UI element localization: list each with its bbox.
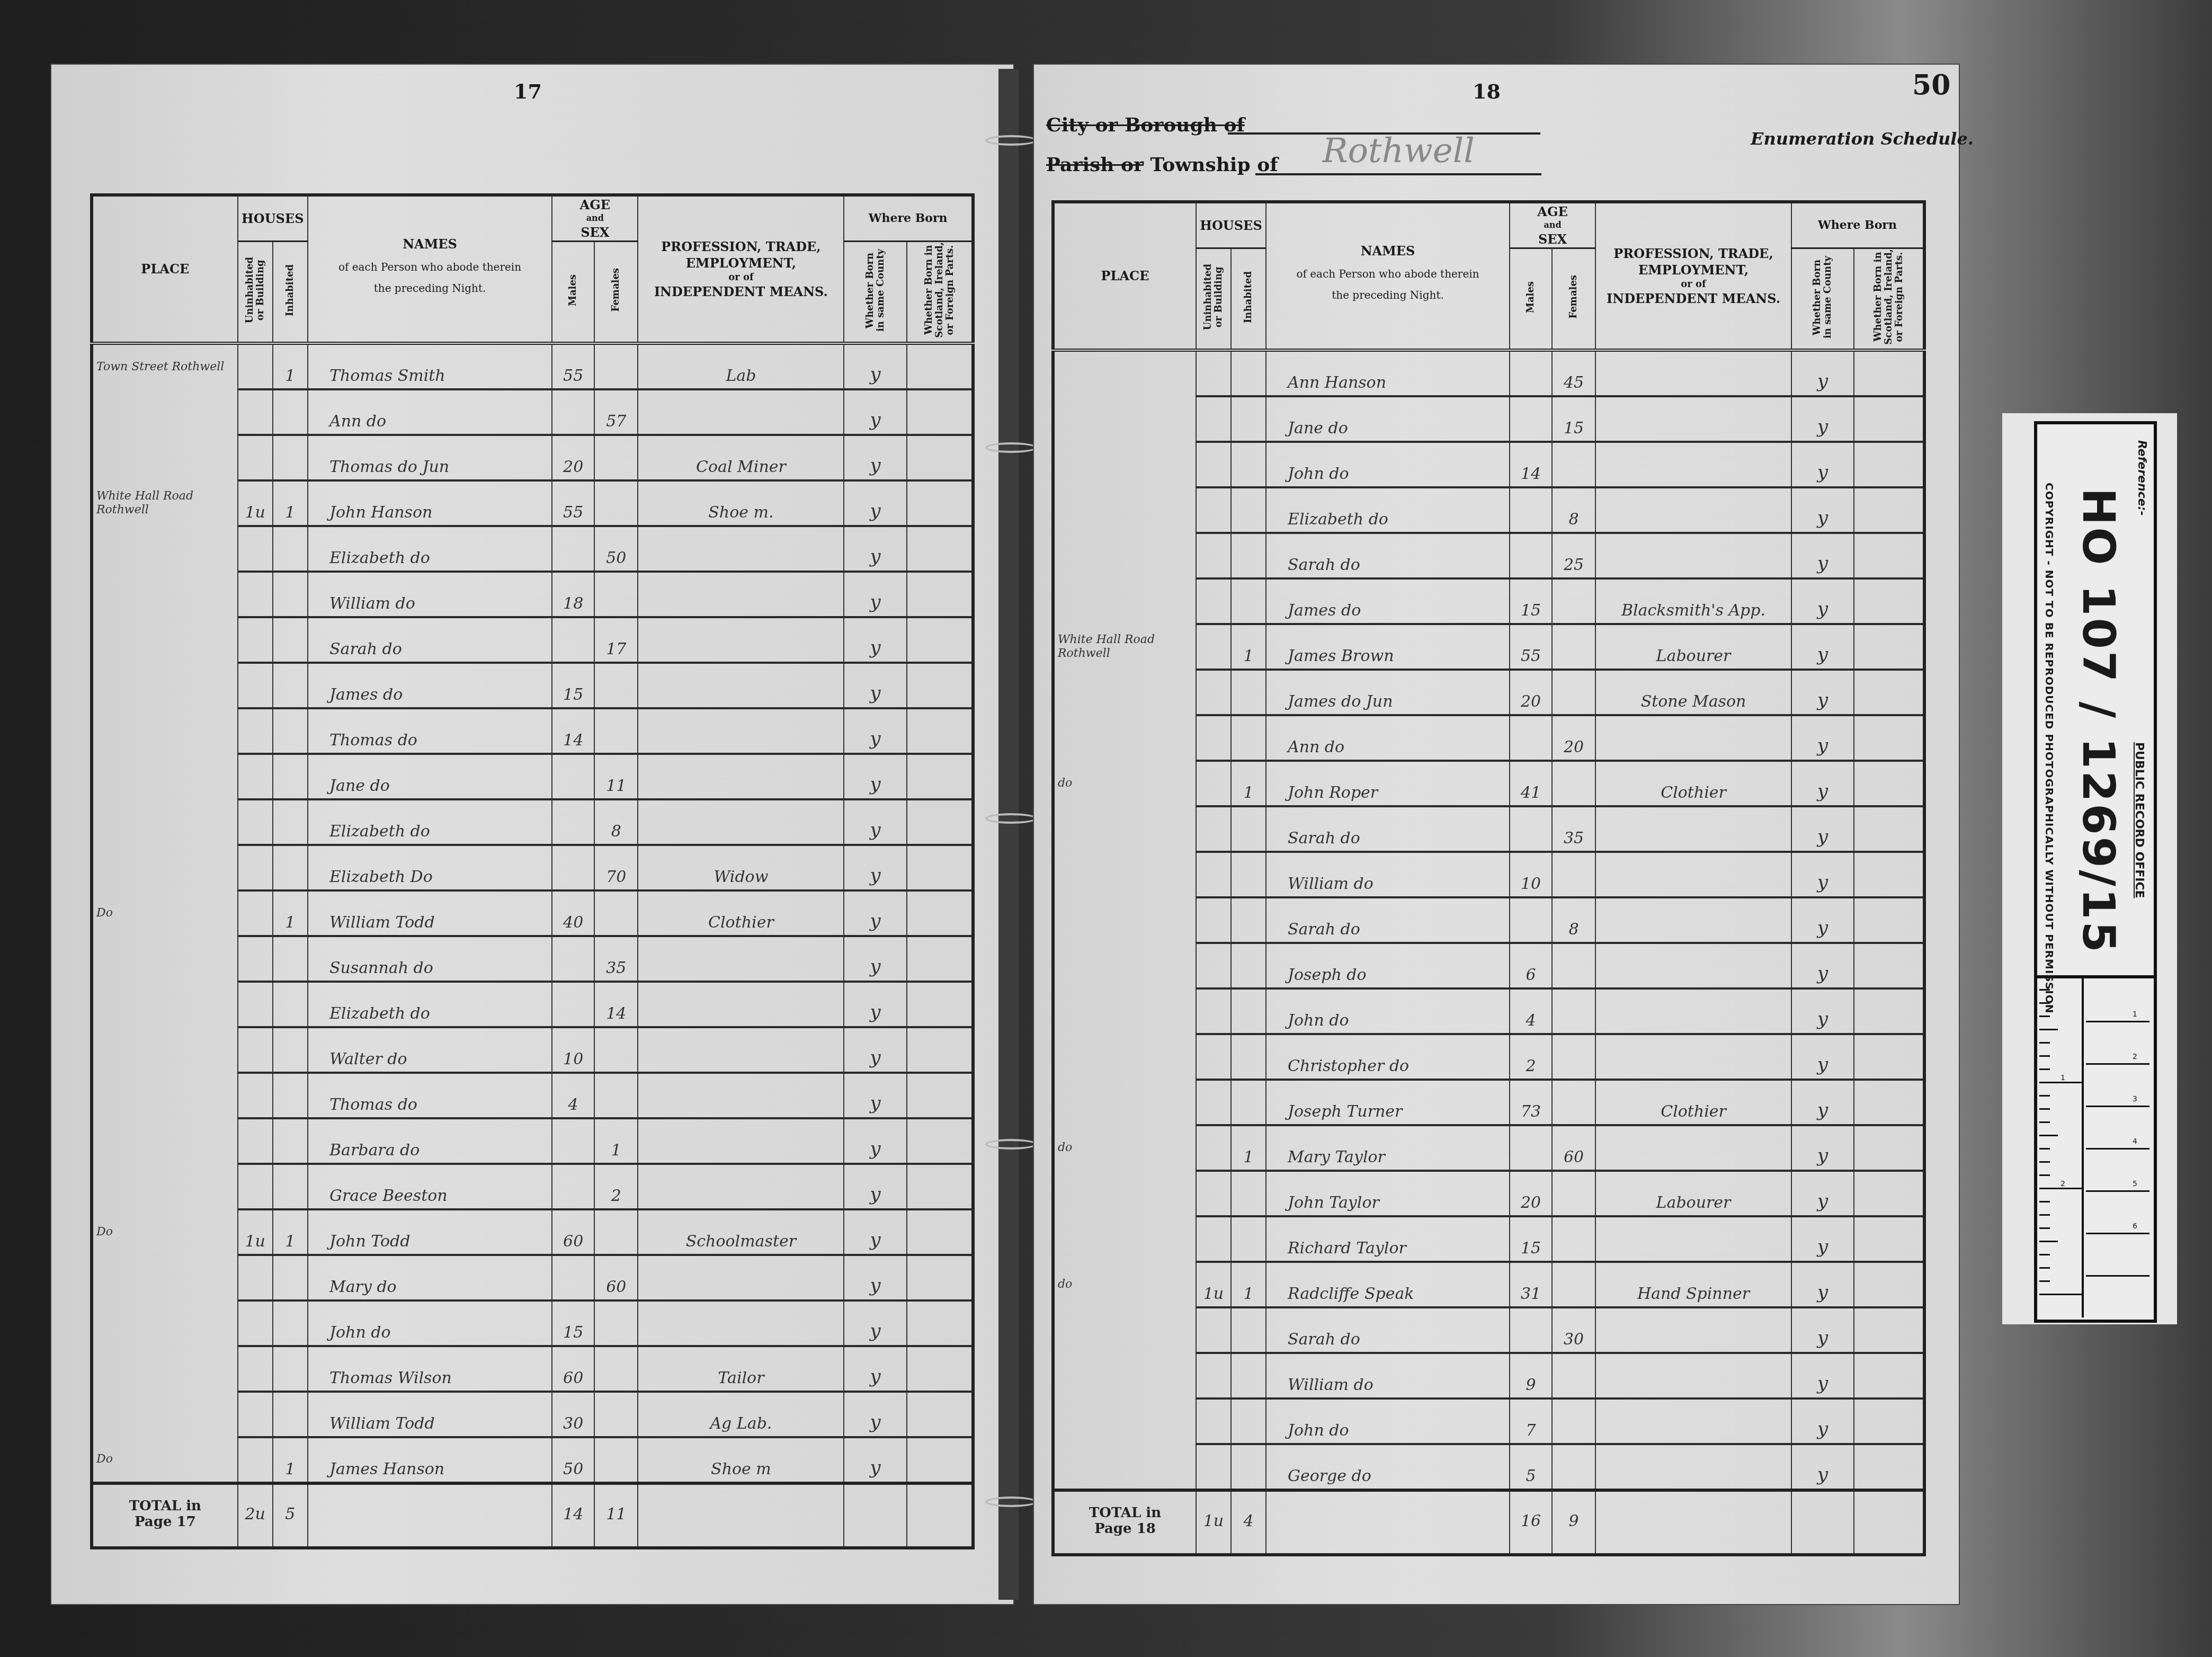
inhabited-cell (273, 754, 308, 799)
born-same-county-cell: y (1791, 1216, 1854, 1262)
place-cell (1053, 1444, 1196, 1490)
header-profession-1: PROFESSION, TRADE, (1596, 245, 1791, 262)
occupation-cell: Labourer (1595, 624, 1791, 670)
table-row: Mary do60y (92, 1255, 973, 1300)
place-cell (1053, 943, 1196, 988)
header-uninhabited: Uninhabited or Building (238, 242, 273, 343)
born-same-county-cell: y (1791, 1034, 1854, 1080)
female-age-cell (1552, 1398, 1595, 1444)
occupation-cell: Ag Lab. (638, 1392, 844, 1437)
female-age-cell: 11 (594, 754, 638, 799)
born-same-county-cell: y (844, 1118, 906, 1164)
place-cell (1053, 1353, 1196, 1398)
header-names-sub2: the preceding Night. (308, 281, 551, 295)
inhabited-cell (273, 1118, 308, 1164)
born-elsewhere-cell (1854, 624, 1924, 670)
female-age-cell (594, 1437, 638, 1483)
header-where-born: Where Born (1791, 202, 1924, 248)
occupation-cell (638, 526, 844, 572)
table-row: White Hall Road Rothwell1u1John Hanson55… (92, 480, 973, 526)
header-names: NAMES of each Person who abode therein t… (1266, 202, 1510, 350)
inhabited-cell (1231, 1444, 1266, 1490)
uninhabited-cell (238, 799, 273, 845)
uninhabited-cell (1196, 761, 1231, 806)
inhabited-cell (273, 1164, 308, 1209)
header-names-sub1: of each Person who abode therein (308, 260, 551, 274)
uninhabited-cell (238, 617, 273, 663)
uninhabited-cell: 1u (1196, 1262, 1231, 1307)
born-same-county-cell: y (1791, 715, 1854, 761)
occupation-cell: Shoe m (638, 1437, 844, 1483)
scale-inch-label: 2 (2061, 1180, 2065, 1188)
born-same-county-cell: y (844, 1073, 906, 1118)
name-cell: Elizabeth Do (308, 845, 552, 890)
name-cell: John do (1266, 1398, 1510, 1444)
female-age-cell: 17 (594, 617, 638, 663)
male-age-cell (1510, 897, 1552, 943)
uninhabited-cell (1196, 806, 1231, 852)
born-same-county-cell: y (1791, 1398, 1854, 1444)
born-elsewhere-cell (907, 617, 973, 663)
female-age-cell (594, 572, 638, 617)
occupation-cell (1595, 1444, 1791, 1490)
place-cell (1053, 1216, 1196, 1262)
city-borough-label: City or Borough of (1046, 114, 1245, 136)
header-place: PLACE (1053, 202, 1196, 350)
occupation-cell: Lab (638, 343, 844, 389)
female-age-cell (594, 1392, 638, 1437)
table-row: John do15y (92, 1300, 973, 1346)
born-same-county-cell: y (1791, 578, 1854, 624)
name-cell: Jane do (1266, 396, 1510, 442)
name-cell: Elizabeth do (308, 526, 552, 572)
uninhabited-cell (1196, 897, 1231, 943)
name-cell: Richard Taylor (1266, 1216, 1510, 1262)
male-age-cell (552, 1164, 594, 1209)
place-cell (1053, 350, 1196, 396)
uninhabited-cell (238, 1392, 273, 1437)
table-row: Barbara do1y (92, 1118, 973, 1164)
place-cell (1053, 1307, 1196, 1353)
male-age-cell (552, 1118, 594, 1164)
male-age-cell (552, 1255, 594, 1300)
inhabited-cell: 1 (1231, 1262, 1266, 1307)
header-houses: HOUSES (1196, 202, 1266, 248)
name-cell: Mary do (308, 1255, 552, 1300)
born-same-county-cell: y (1791, 852, 1854, 897)
table-row: Elizabeth do50y (92, 526, 973, 572)
table-row: Sarah do35y (1053, 806, 1924, 852)
born-elsewhere-cell (907, 1118, 973, 1164)
inhabited-cell (1231, 396, 1266, 442)
place-cell (92, 435, 238, 480)
born-elsewhere-cell (1854, 1125, 1924, 1171)
female-age-cell: 57 (594, 389, 638, 435)
female-age-cell (594, 480, 638, 526)
born-same-county-cell: y (844, 708, 906, 754)
uninhabited-cell (1196, 1444, 1231, 1490)
inhabited-cell (1231, 1034, 1266, 1080)
right-census-table: PLACE HOUSES NAMES of each Person who ab… (1051, 200, 1926, 1556)
name-cell: John Todd (308, 1209, 552, 1255)
inhabited-cell (1231, 852, 1266, 897)
female-age-cell: 8 (594, 799, 638, 845)
reference-number: HO 107 / 1269/15 (2073, 488, 2125, 955)
inhabited-cell: 1 (273, 890, 308, 936)
inhabited-cell: 1 (1231, 1125, 1266, 1171)
binding-thread (985, 1496, 1037, 1507)
born-same-county-cell: y (1791, 487, 1854, 533)
table-row: Richard Taylor15y (1053, 1216, 1924, 1262)
female-age-cell: 8 (1552, 487, 1595, 533)
inhabited-cell (273, 1300, 308, 1346)
left-total-uninhabited: 2u (238, 1483, 273, 1548)
inhabited-cell (1231, 897, 1266, 943)
inhabited-cell (1231, 533, 1266, 578)
born-same-county-cell: y (1791, 670, 1854, 715)
male-age-cell (1510, 1125, 1552, 1171)
table-row: Grace Beeston2y (92, 1164, 973, 1209)
header-and: and (552, 213, 637, 224)
table-row: William do9y (1053, 1353, 1924, 1398)
male-age-cell: 15 (552, 1300, 594, 1346)
inhabited-cell (273, 982, 308, 1027)
male-age-cell: 55 (1510, 624, 1552, 670)
female-age-cell (594, 1346, 638, 1392)
inhabited-cell (273, 389, 308, 435)
occupation-cell (1595, 715, 1791, 761)
inhabited-cell (1231, 1398, 1266, 1444)
occupation-cell (1595, 350, 1791, 396)
place-cell (92, 663, 238, 708)
occupation-cell (1595, 487, 1791, 533)
female-age-cell (594, 435, 638, 480)
name-cell: Thomas do (308, 708, 552, 754)
scale-cm-label: 1 (2133, 1010, 2137, 1019)
born-elsewhere-cell (1854, 670, 1924, 715)
born-elsewhere-cell (907, 389, 973, 435)
female-age-cell: 15 (1552, 396, 1595, 442)
occupation-cell (1595, 943, 1791, 988)
male-age-cell: 60 (552, 1209, 594, 1255)
occupation-cell (1595, 1398, 1791, 1444)
place-cell (92, 1346, 238, 1392)
uninhabited-cell (238, 1164, 273, 1209)
born-same-county-cell: y (1791, 1125, 1854, 1171)
right-total-males: 16 (1510, 1490, 1552, 1555)
female-age-cell: 60 (594, 1255, 638, 1300)
place-cell (92, 526, 238, 572)
place-cell (1053, 578, 1196, 624)
occupation-cell: Shoe m. (638, 480, 844, 526)
header-names-title: NAMES (1361, 243, 1415, 259)
table-row: Ann do57y (92, 389, 973, 435)
inhabited-cell (273, 572, 308, 617)
inhabited-cell (273, 936, 308, 982)
born-elsewhere-cell (907, 1392, 973, 1437)
occupation-cell (1595, 988, 1791, 1034)
inhabited-cell (1231, 715, 1266, 761)
header-names-sub2: the preceding Night. (1266, 288, 1509, 302)
female-age-cell: 70 (594, 845, 638, 890)
place-cell (92, 617, 238, 663)
reference-strip: Reference:- HO 107 / 1269/15 PUBLIC RECO… (2002, 413, 2177, 1324)
right-total-label: TOTAL inPage 18 (1053, 1490, 1196, 1555)
header-females: Females (594, 242, 638, 343)
born-elsewhere-cell (907, 1209, 973, 1255)
born-same-county-cell: y (844, 754, 906, 799)
uninhabited-cell (1196, 1034, 1231, 1080)
born-elsewhere-cell (907, 1255, 973, 1300)
born-elsewhere-cell (1854, 396, 1924, 442)
born-elsewhere-cell (907, 343, 973, 389)
occupation-cell: Blacksmith's App. (1595, 578, 1791, 624)
occupation-cell (638, 754, 844, 799)
place-cell: White Hall Road Rothwell (1053, 624, 1196, 670)
inhabited-cell (1231, 806, 1266, 852)
uninhabited-cell (238, 1255, 273, 1300)
name-cell: William Todd (308, 1392, 552, 1437)
left-table-body: Town Street Rothwell1Thomas Smith55LabyA… (92, 343, 973, 1483)
occupation-cell (1595, 806, 1791, 852)
occupation-cell: Labourer (1595, 1171, 1791, 1216)
table-row: James do15Blacksmith's App.y (1053, 578, 1924, 624)
name-cell: Sarah do (1266, 897, 1510, 943)
header-names-sub1: of each Person who abode therein (1266, 267, 1509, 281)
header-age-sex: AGE and SEX (1510, 202, 1595, 248)
uninhabited-cell: 1u (238, 1209, 273, 1255)
uninhabited-cell (1196, 852, 1231, 897)
female-age-cell (594, 1209, 638, 1255)
table-row: White Hall Road Rothwell1James Brown55La… (1053, 624, 1924, 670)
uninhabited-cell (238, 435, 273, 480)
name-cell: Elizabeth do (308, 799, 552, 845)
born-elsewhere-cell (1854, 897, 1924, 943)
female-age-cell (1552, 578, 1595, 624)
place-cell: Do (92, 890, 238, 936)
place-cell: do (1053, 761, 1196, 806)
inhabited-cell (273, 526, 308, 572)
born-elsewhere-cell (1854, 988, 1924, 1034)
female-age-cell (1552, 1034, 1595, 1080)
born-elsewhere-cell (1854, 761, 1924, 806)
name-cell: James do Jun (1266, 670, 1510, 715)
occupation-cell (1595, 852, 1791, 897)
table-row: Ann Hanson45y (1053, 350, 1924, 396)
table-row: Do1James Hanson50Shoe my (92, 1437, 973, 1483)
born-same-county-cell: y (1791, 1307, 1854, 1353)
left-total-row: TOTAL inPage 17 2u 5 14 11 (92, 1483, 973, 1548)
male-age-cell: 15 (1510, 578, 1552, 624)
occupation-cell: Clothier (1595, 761, 1791, 806)
header-born-same-county: Whether Born in same County (844, 242, 906, 343)
male-age-cell: 20 (1510, 670, 1552, 715)
place-cell (1053, 442, 1196, 487)
born-same-county-cell: y (844, 480, 906, 526)
born-elsewhere-cell (1854, 350, 1924, 396)
inhabited-cell (273, 617, 308, 663)
name-cell: Sarah do (1266, 1307, 1510, 1353)
born-elsewhere-cell (1854, 1444, 1924, 1490)
born-same-county-cell: y (1791, 442, 1854, 487)
name-cell: Ann do (308, 389, 552, 435)
born-elsewhere-cell (907, 1300, 973, 1346)
folio-stamp: 50 (1912, 69, 1950, 101)
male-age-cell: 6 (1510, 943, 1552, 988)
place-cell (92, 936, 238, 982)
male-age-cell: 20 (1510, 1171, 1552, 1216)
male-age-cell: 9 (1510, 1353, 1552, 1398)
occupation-cell (638, 617, 844, 663)
right-total-inhabited: 4 (1231, 1490, 1266, 1555)
male-age-cell: 41 (1510, 761, 1552, 806)
female-age-cell: 2 (594, 1164, 638, 1209)
male-age-cell (552, 936, 594, 982)
place-cell: Do (92, 1437, 238, 1483)
name-cell: Jane do (308, 754, 552, 799)
born-same-county-cell: y (844, 799, 906, 845)
place-cell (1053, 487, 1196, 533)
inhabited-cell (273, 663, 308, 708)
name-cell: James Hanson (308, 1437, 552, 1483)
female-age-cell (1552, 1171, 1595, 1216)
uninhabited-cell: 1u (238, 480, 273, 526)
header-profession-2: EMPLOYMENT, (638, 255, 843, 271)
scale-cm-label: 4 (2133, 1137, 2137, 1146)
uninhabited-cell (1196, 396, 1231, 442)
place-cell (1053, 670, 1196, 715)
born-elsewhere-cell (907, 1164, 973, 1209)
occupation-cell (1595, 1353, 1791, 1398)
place-cell (92, 572, 238, 617)
female-age-cell (1552, 761, 1595, 806)
place-cell (92, 389, 238, 435)
table-row: Thomas do4y (92, 1073, 973, 1118)
born-elsewhere-cell (1854, 806, 1924, 852)
inhabited-cell (273, 708, 308, 754)
right-table-body: Ann Hanson45yJane do15yJohn do14yElizabe… (1053, 350, 1924, 1490)
name-cell: Christopher do (1266, 1034, 1510, 1080)
female-age-cell: 1 (594, 1118, 638, 1164)
born-same-county-cell: y (1791, 988, 1854, 1034)
male-age-cell: 2 (1510, 1034, 1552, 1080)
born-same-county-cell: y (844, 389, 906, 435)
name-cell: John do (1266, 442, 1510, 487)
name-cell: James do (1266, 578, 1510, 624)
name-cell: John do (308, 1300, 552, 1346)
occupation-cell (638, 663, 844, 708)
uninhabited-cell (1196, 487, 1231, 533)
place-cell (92, 1300, 238, 1346)
inhabited-cell (1231, 988, 1266, 1034)
header-age-sex: AGE and SEX (552, 195, 638, 242)
uninhabited-cell (1196, 988, 1231, 1034)
scale-cm-label: 3 (2133, 1095, 2137, 1103)
born-elsewhere-cell (1854, 715, 1924, 761)
place-cell: Town Street Rothwell (92, 343, 238, 389)
name-cell: James do (308, 663, 552, 708)
name-cell: John Roper (1266, 761, 1510, 806)
place-cell (1053, 1171, 1196, 1216)
place-cell (1053, 897, 1196, 943)
right-total-uninhabited: 1u (1196, 1490, 1231, 1555)
female-age-cell (594, 343, 638, 389)
born-same-county-cell: y (1791, 1171, 1854, 1216)
name-cell: Susannah do (308, 936, 552, 982)
header-place: PLACE (92, 195, 238, 343)
inhabited-cell: 1 (273, 1209, 308, 1255)
male-age-cell (1510, 533, 1552, 578)
born-elsewhere-cell (907, 936, 973, 982)
male-age-cell: 7 (1510, 1398, 1552, 1444)
female-age-cell: 20 (1552, 715, 1595, 761)
name-cell: Elizabeth do (308, 982, 552, 1027)
place-cell (1053, 852, 1196, 897)
male-age-cell (1510, 1307, 1552, 1353)
uninhabited-cell (1196, 578, 1231, 624)
female-age-cell (594, 1027, 638, 1073)
born-same-county-cell: y (844, 343, 906, 389)
born-elsewhere-cell (907, 1346, 973, 1392)
female-age-cell (594, 1073, 638, 1118)
inhabited-cell: 1 (1231, 761, 1266, 806)
male-age-cell: 55 (552, 343, 594, 389)
left-total-males: 14 (552, 1483, 594, 1548)
uninhabited-cell (1196, 715, 1231, 761)
header-born-elsewhere: Whether Born in Scotland, Ireland, or Fo… (1854, 248, 1924, 350)
male-age-cell: 14 (552, 708, 594, 754)
occupation-cell (638, 1164, 844, 1209)
born-same-county-cell: y (844, 435, 906, 480)
name-cell: John do (1266, 988, 1510, 1034)
born-elsewhere-cell (1854, 1262, 1924, 1307)
inhabited-cell (1231, 670, 1266, 715)
male-age-cell: 4 (552, 1073, 594, 1118)
occupation-cell (638, 1255, 844, 1300)
table-row: Ann do20y (1053, 715, 1924, 761)
occupation-cell (638, 799, 844, 845)
occupation-cell (638, 1073, 844, 1118)
table-row: William do18y (92, 572, 973, 617)
inhabited-cell (273, 1073, 308, 1118)
name-cell: Joseph Turner (1266, 1080, 1510, 1125)
table-row: William Todd30Ag Lab.y (92, 1392, 973, 1437)
female-age-cell: 25 (1552, 533, 1595, 578)
inhabited-cell: 1 (273, 480, 308, 526)
occupation-cell (1595, 1216, 1791, 1262)
header-profession: PROFESSION, TRADE, EMPLOYMENT, or of IND… (638, 195, 844, 343)
occupation-cell (1595, 1034, 1791, 1080)
inhabited-cell (1231, 578, 1266, 624)
male-age-cell (552, 754, 594, 799)
occupation-cell: Stone Mason (1595, 670, 1791, 715)
table-row: Joseph Turner73Clothiery (1053, 1080, 1924, 1125)
table-row: Elizabeth Do70Widowy (92, 845, 973, 890)
uninhabited-cell (1196, 1125, 1231, 1171)
born-elsewhere-cell (1854, 1080, 1924, 1125)
occupation-cell (638, 1027, 844, 1073)
born-same-county-cell: y (1791, 806, 1854, 852)
female-age-cell (1552, 943, 1595, 988)
name-cell: William do (308, 572, 552, 617)
uninhabited-cell (238, 343, 273, 389)
measurement-scale: 1 2 1 2 3 4 5 6 (2037, 975, 2154, 1317)
table-row: William do10y (1053, 852, 1924, 897)
table-row: Walter do10y (92, 1027, 973, 1073)
name-cell: Ann Hanson (1266, 350, 1510, 396)
binding-thread (985, 442, 1037, 453)
born-same-county-cell: y (1791, 624, 1854, 670)
